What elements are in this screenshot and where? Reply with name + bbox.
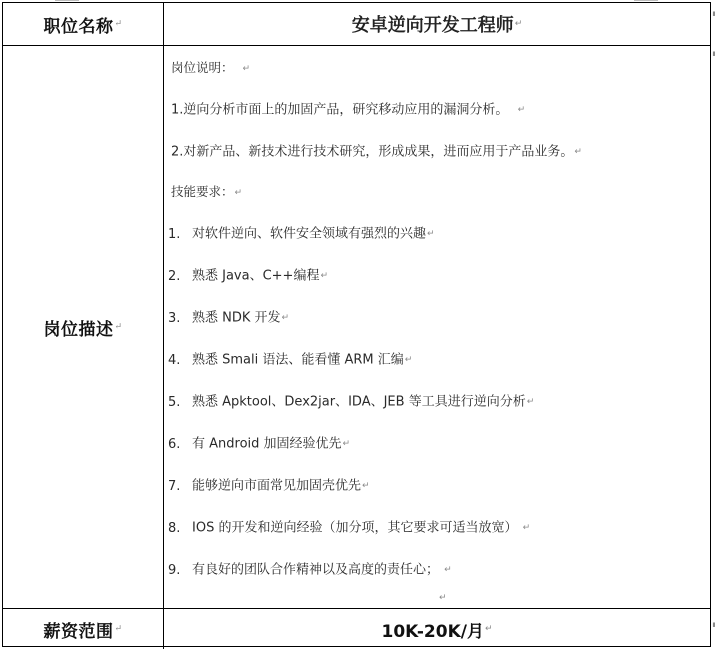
- paragraph-mark-icon: ↵: [523, 523, 531, 533]
- salary-value-cell: 10K-20K/月↵: [164, 609, 710, 649]
- paragraph-mark-icon: ↵: [444, 565, 452, 575]
- paragraph-mark-icon: ↵: [235, 188, 243, 198]
- paragraph-mark-icon: ↵: [574, 147, 582, 157]
- paragraph-mark-icon: ↵: [362, 481, 370, 491]
- salary-value: 10K-20K/月: [382, 617, 484, 642]
- job-description-label: 岗位描述: [43, 315, 113, 340]
- paragraph-mark-icon: ↵: [527, 397, 535, 407]
- skill-item: 9.有良好的团队合作精神以及高度的责任心； ↵: [168, 562, 452, 579]
- job-description-row: 岗位描述↵ 岗位说明： ↵ 1.逆向分析市面上的加固产品，研究移动应用的漏洞分析…: [3, 46, 710, 609]
- paragraph-mark-icon: ↵: [405, 355, 413, 365]
- paragraph-mark-icon: ↵: [343, 439, 351, 449]
- intro-item: 2.对新产品、新技术进行技术研究，形成成果，进而应用于产品业务。↵: [171, 144, 582, 161]
- job-title-value: 安卓逆向开发工程师: [352, 11, 514, 37]
- paragraph-mark-icon: ↵: [485, 624, 493, 634]
- paragraph-mark-icon: ↵: [515, 19, 523, 29]
- paragraph-mark-icon: ↵: [282, 313, 290, 323]
- job-title-value-cell: 安卓逆向开发工程师↵: [164, 3, 710, 45]
- paragraph-mark-icon: ↵: [320, 271, 328, 281]
- intro-item: 1.逆向分析市面上的加固产品，研究移动应用的漏洞分析。 ↵: [171, 102, 525, 119]
- skill-item: 5.熟悉 Apktool、Dex2jar、IDA、JEB 等工具进行逆向分析↵: [168, 394, 534, 411]
- intro-heading: 岗位说明： ↵: [171, 60, 250, 77]
- salary-label: 薪资范围: [43, 617, 113, 642]
- paragraph-mark-icon: ↵: [114, 19, 122, 29]
- skill-item: 1.对软件逆向、软件安全领域有强烈的兴趣↵: [168, 226, 435, 243]
- paragraph-mark-icon: ↵: [439, 593, 447, 603]
- paragraph-mark-icon: ↵: [427, 229, 435, 239]
- salary-label-cell: 薪资范围↵: [3, 609, 164, 649]
- skills-heading: 技能要求：↵: [171, 184, 242, 201]
- job-posting-table: 职位名称↵ 安卓逆向开发工程师↵ 岗位描述↵ 岗位说明： ↵ 1.逆向分析市面上…: [2, 2, 711, 647]
- salary-row: 薪资范围↵ 10K-20K/月↵: [3, 609, 710, 649]
- page-corner-mark-right: [634, 0, 658, 1]
- skill-item: 6.有 Android 加固经验优先↵: [168, 436, 350, 453]
- skill-item: 4.熟悉 Smali 语法、能看懂 ARM 汇编↵: [168, 352, 412, 369]
- paragraph-mark-icon: ↵: [114, 624, 122, 634]
- job-title-label-cell: 职位名称↵: [3, 3, 164, 45]
- job-title-label: 职位名称: [43, 12, 113, 37]
- skill-item: 3.熟悉 NDK 开发↵: [168, 310, 289, 327]
- page-corner-mark-left: [55, 0, 79, 1]
- skill-item: 7.能够逆向市面常见加固壳优先↵: [168, 478, 370, 495]
- skill-item: 2.熟悉 Java、C++编程↵: [168, 268, 328, 285]
- paragraph-mark-icon: ↵: [114, 322, 122, 332]
- job-description-label-cell: 岗位描述↵: [3, 46, 164, 608]
- job-title-row: 职位名称↵ 安卓逆向开发工程师↵: [3, 3, 710, 46]
- job-description-value-cell: 岗位说明： ↵ 1.逆向分析市面上的加固产品，研究移动应用的漏洞分析。 ↵ 2.…: [164, 46, 710, 608]
- paragraph-mark-icon: ↵: [242, 64, 250, 74]
- paragraph-mark-icon: ↵: [518, 105, 526, 115]
- skill-item: 8.IOS 的开发和逆向经验（加分项，其它要求可适当放宽） ↵: [168, 520, 530, 537]
